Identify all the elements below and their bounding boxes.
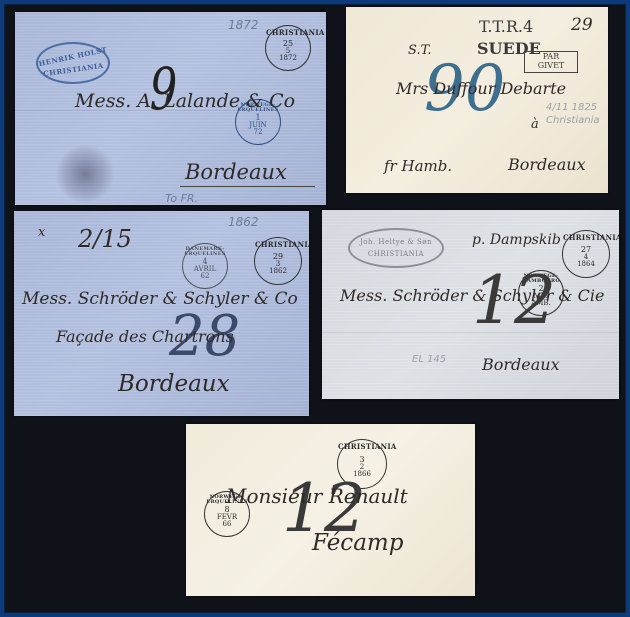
routing-instruction: fr Hamb.	[384, 157, 452, 175]
address-line-1: Monsieur Renault	[226, 484, 408, 508]
address-line-3: Bordeaux	[508, 155, 586, 174]
cds-origin-postmark: CHRISTIANIA 27 4 1864	[562, 230, 610, 278]
fold-line	[322, 332, 619, 333]
address-line-1: Mrs Duffour Debarte	[396, 79, 566, 98]
cover-1-blue-1872: 1872 HENRIK HOLST CHRISTIANIA CHRISTIANI…	[15, 12, 326, 205]
address-line-3: Bordeaux	[118, 371, 230, 397]
pencil-note: EL 145	[412, 354, 446, 365]
address-line-2: Bordeaux	[482, 355, 560, 374]
boxed-par-givet: PAR GIVET	[524, 51, 578, 73]
rate-mark: 12	[472, 268, 556, 334]
address-line-1: Mess. A. Lalande & Co	[75, 90, 295, 112]
address-line-2: Bordeaux	[185, 160, 287, 184]
address-underline	[180, 186, 315, 187]
oval-handstamp-sender: HENRIK HOLST CHRISTIANIA	[36, 42, 110, 84]
cds-transit-postmark: DANEMARK-ERQUELINES 4 AVRIL 62	[182, 243, 228, 289]
cover-5-ivory-1866: CHRISTIANIA 3 2 1866 NORWEGE-ERQUELINES …	[186, 424, 475, 596]
routing-instruction: p. Dampskib	[472, 232, 561, 248]
address-line-1: Mess. Schröder & Schyler & Co	[22, 289, 298, 309]
address-line-2: Façade des Chartrons	[56, 327, 234, 346]
cds-origin-postmark: CHRISTIANIA 29 3 1862	[254, 237, 302, 285]
cover-4-grey-1864: Joh. Heltye & Søn CHRISTIANIA p. Dampski…	[322, 210, 619, 399]
pencil-place: Christiania	[546, 115, 600, 126]
manuscript-mark: x	[38, 225, 45, 240]
cover-2-cream-1825: T.T.R.4 SUEDE PAR GIVET 29 S.T. 90 Mrs D…	[346, 7, 608, 193]
cds-origin-postmark: CHRISTIANIA 25 5 1872	[265, 25, 311, 71]
pencil-date: 4/11 1825	[546, 102, 597, 113]
address-line-2: à	[531, 117, 539, 132]
pencil-note: To FR.	[165, 192, 198, 205]
address-line-2: Fécamp	[312, 530, 403, 556]
pencil-year: 1862	[228, 215, 259, 229]
faint-handstamp-smudge	[55, 144, 115, 204]
manuscript-29: 29	[571, 15, 593, 35]
handstamp-ttr4: T.T.R.4	[479, 17, 533, 36]
manuscript-rate: 2/15	[78, 225, 132, 253]
cover-3-blue-1862: 1862 x 2/15 DANEMARK-ERQUELINES 4 AVRIL …	[14, 211, 309, 416]
pencil-year: 1872	[228, 18, 259, 32]
oval-handstamp-sender: Joh. Heltye & Søn CHRISTIANIA	[348, 228, 444, 268]
